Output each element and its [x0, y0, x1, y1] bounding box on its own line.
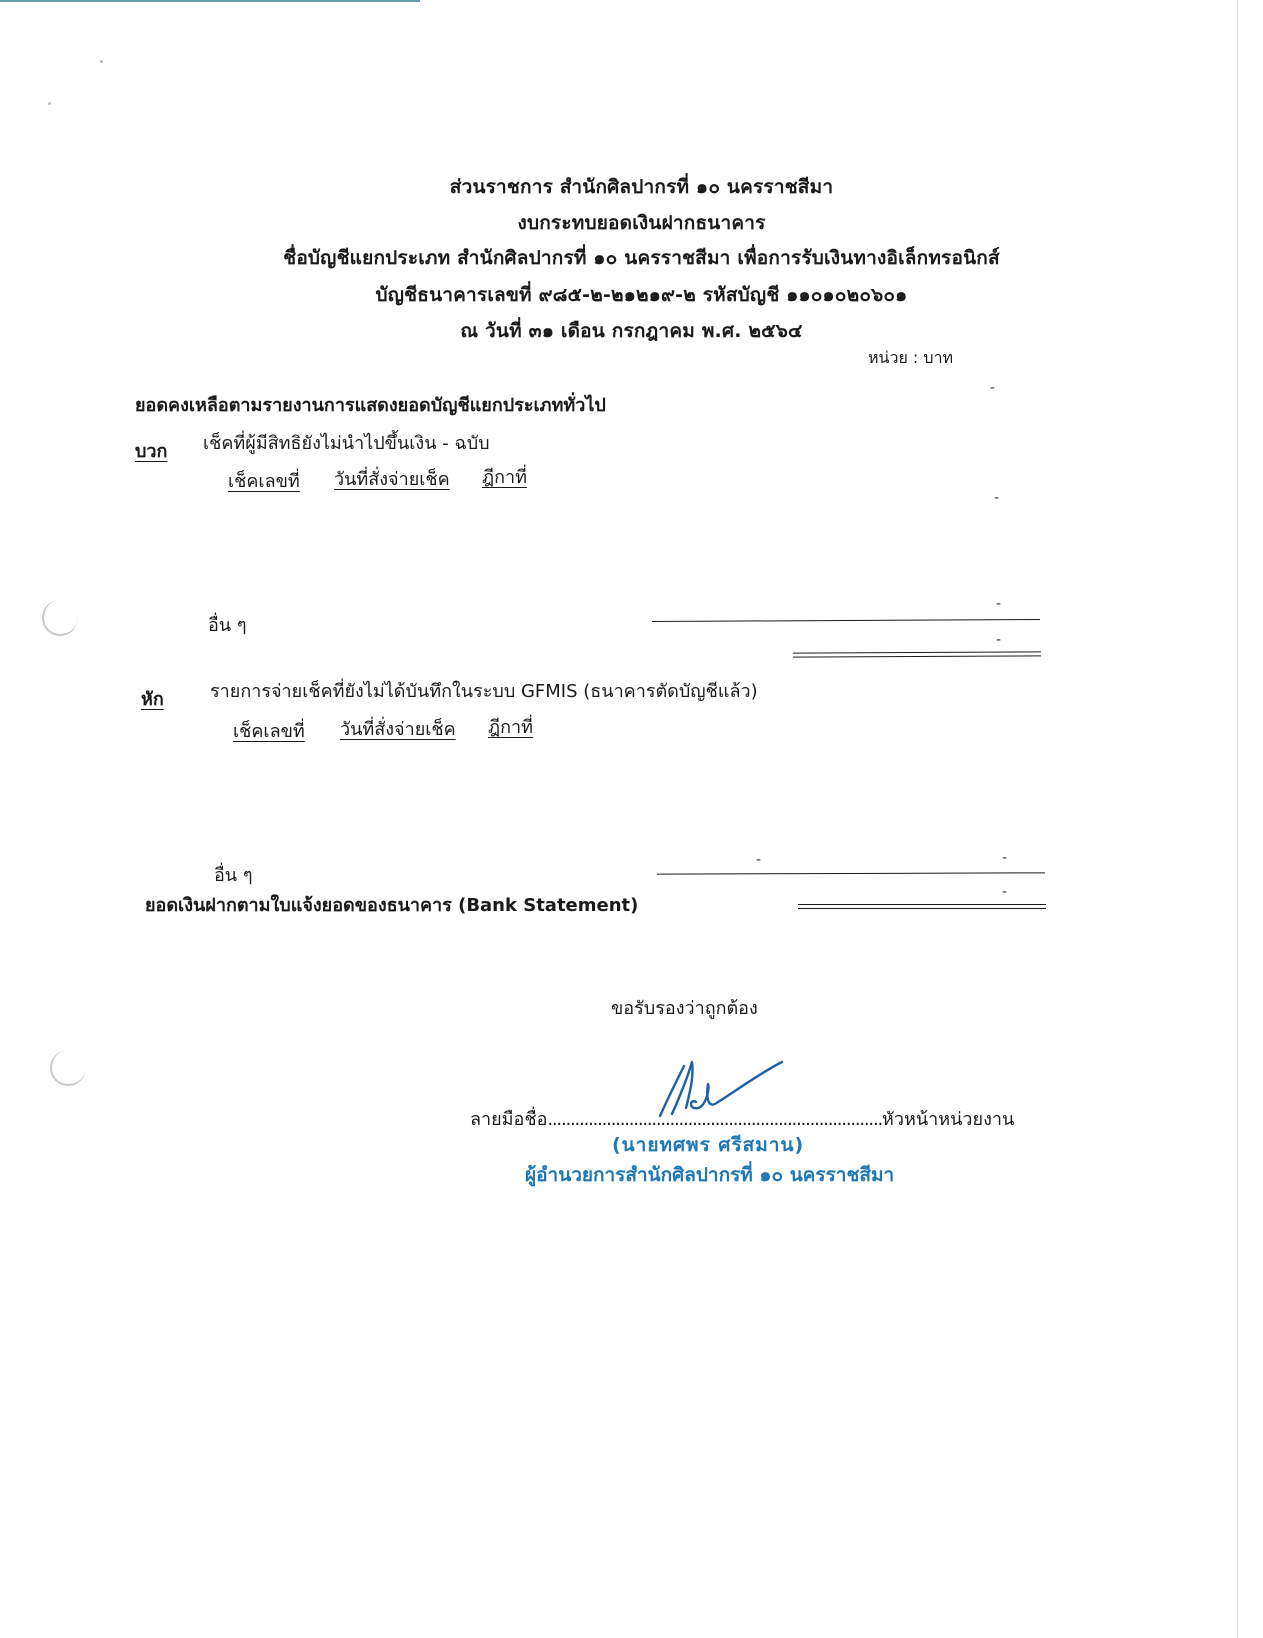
ledger-balance-label: ยอดคงเหลือตามรายงานการแสดงยอดบัญชีแยกประ… — [135, 390, 606, 419]
add-label: บวก — [135, 436, 167, 465]
add-other-label: อื่น ๆ — [208, 610, 247, 639]
add-subtotal-underline — [652, 619, 1040, 622]
bank-statement-amount: - — [1002, 884, 1007, 900]
signature-role: หัวหน้าหน่วยงาน — [882, 1109, 1014, 1130]
add-other-amount: - — [996, 596, 1001, 612]
deduct-label: หัก — [141, 684, 164, 713]
deduct-subtotal-underline — [657, 872, 1045, 874]
add-subtotal-amount: - — [996, 632, 1001, 648]
deduct-col-cheque-no: เช็คเลขที่ — [233, 716, 305, 745]
deduct-other-label: อื่น ๆ — [214, 860, 253, 889]
scan-edge-line — [0, 0, 420, 2]
deduct-col-voucher-no: ฎีกาที่ — [488, 712, 533, 741]
deduct-description: รายการจ่ายเช็คที่ยังไม่ได้บันทึกในระบบ G… — [210, 676, 758, 705]
add-col-cheque-date: วันที่สั่งจ่ายเช็ค — [334, 464, 450, 493]
header-title: งบกระทบยอดเงินฝากธนาคาร — [0, 208, 1263, 238]
add-col-cheque-no: เช็คเลขที่ — [228, 466, 300, 495]
header-account-name: ชื่อบัญชีแยกประเภท สำนักศิลปากรที่ ๑๐ นค… — [0, 243, 1263, 273]
bank-statement-label: ยอดเงินฝากตามใบแจ้งยอดของธนาคาร (Bank St… — [145, 890, 638, 919]
signature-label-text: ลายมือชื่อ — [470, 1109, 547, 1130]
unit-label: หน่วย : บาท — [868, 346, 953, 371]
header-department: ส่วนราชการ สำนักศิลปากรที่ ๑๐ นครราชสีมา — [0, 172, 1263, 202]
header-account-number: บัญชีธนาคารเลขที่ ๙๘๕-๒-๒๑๒๑๙-๒ รหัสบัญช… — [0, 280, 1263, 310]
handwritten-signature — [650, 1058, 790, 1120]
ledger-balance-amount: - — [990, 380, 995, 396]
header-date: ณ วันที่ ๓๑ เดือน กรกฎาคม พ.ศ. ๒๕๖๔ — [0, 316, 1263, 346]
add-description: เช็คที่ผู้มีสิทธิยังไม่นำไปขึ้นเงิน - ฉบ… — [203, 428, 490, 457]
scan-speck — [48, 102, 51, 105]
add-total-double-underline — [793, 651, 1041, 657]
deduct-col-cheque-date: วันที่สั่งจ่ายเช็ค — [340, 714, 456, 743]
add-amount: - — [994, 490, 999, 506]
punch-hole-mark — [42, 600, 78, 636]
deduct-other-amount-mid: - — [756, 852, 761, 868]
signer-name: (นายทศพร ศรีสมาน) — [612, 1130, 804, 1160]
signer-title: ผู้อำนวยการสำนักศิลปากรที่ ๑๐ นครราชสีมา — [525, 1160, 894, 1190]
add-col-voucher-no: ฎีกาที่ — [482, 462, 527, 491]
bank-statement-double-underline — [798, 904, 1046, 909]
certification-statement: ขอรับรองว่าถูกต้อง — [611, 993, 758, 1022]
scan-speck — [100, 60, 103, 63]
deduct-other-amount: - — [1002, 850, 1007, 866]
punch-hole-mark — [50, 1050, 86, 1086]
